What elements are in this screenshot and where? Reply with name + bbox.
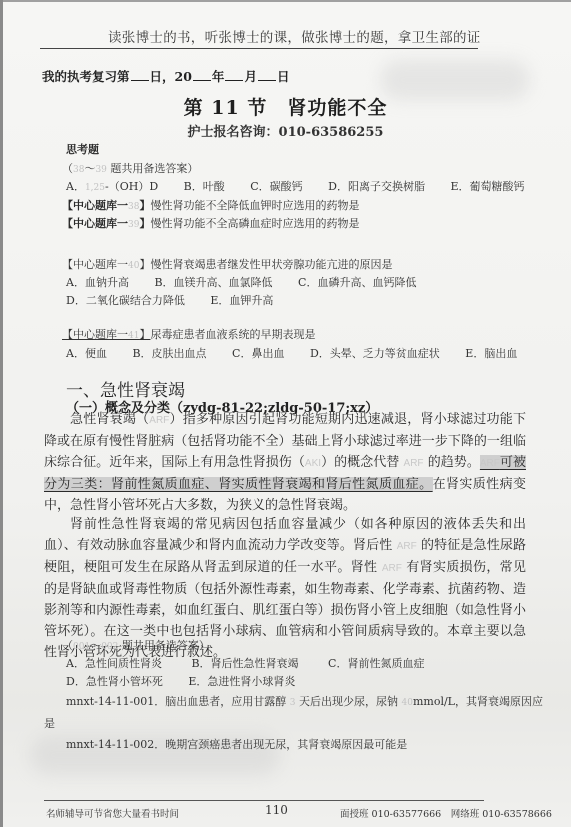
option-c: C．碳酸钙: [250, 178, 302, 194]
q41-options: A．便血 B．皮肤出血点 C．鼻出血 D．头晕、乏力等贫血症状 E．脑出血: [66, 345, 539, 361]
mnxt-question-001-wrap: 是: [44, 715, 55, 731]
month-blank[interactable]: [225, 69, 243, 81]
section-title: 第 11 节 肾功能不全: [0, 93, 571, 120]
scan-top-edge: [0, 0, 571, 2]
option-b: B．叶酸: [184, 178, 225, 194]
option-a: A．1,25-（OH）D: [66, 178, 158, 194]
footer-right: 面授班 010-63577666 网络班 010-63578666: [340, 806, 552, 820]
footer-left: 名师辅导可节省您大量看书时间: [46, 806, 179, 820]
option-d: D．阳离子交换树脂: [328, 178, 425, 194]
question-41: 【中心题库一41】尿毒症患者血液系统的早期表现是: [62, 326, 315, 342]
day-blank[interactable]: [131, 69, 149, 81]
question-39: 【中心题库一39】慢性肾功能不全高磷血症时应选用的药物是: [62, 215, 359, 231]
page-number: 110: [265, 803, 288, 817]
paragraph-definition: 急性肾衰竭（ARF）指多种原因引起肾功能短期内迅速减退，肾小球滤过功能下降或在原…: [44, 409, 526, 516]
review-tracker: 我的执考复习第日，20年月日: [42, 67, 289, 85]
shared-options-note: （38～39 题共用备选答案）: [62, 160, 198, 176]
mnxt-options-row1: A．急性间质性肾炎 B．肾后性急性肾衰竭 C．肾前性氮质血症: [66, 655, 446, 671]
option-e: E．葡萄糖酸钙: [451, 178, 525, 194]
mnxt-options-row2: D．急性肾小管坏死 E．急进性肾小球肾炎: [66, 673, 317, 689]
contact-line: 护士报名咨询：010-63586255: [0, 121, 571, 140]
option-row: A．1,25-（OH）D B．叶酸 C．碳酸钙 D．阳离子交换树脂 E．葡萄糖酸…: [66, 178, 547, 194]
q40-options-row1: A．血钠升高 B．血镁升高、血氯降低 C．血磷升高、血钙降低: [66, 274, 438, 290]
question-38: 【中心题库一38】慢性肾功能不全降低血钾时应选用的药物是: [62, 197, 359, 213]
document-page: 读张博士的书，听张博士的课，做张博士的题，拿卫生部的证 我的执考复习第日，20年…: [0, 0, 571, 827]
mnxt-question-001: mnxt-14-11-001．脑出血患者，应用甘露醇 3 天后出现少尿，尿钠 4…: [66, 693, 543, 709]
date-blank[interactable]: [258, 69, 276, 81]
mnxt-shared-note: （001～002 题共用备选答案）: [62, 637, 210, 653]
running-header: 读张博士的书，听张博士的课，做张博士的题，拿卫生部的证: [108, 26, 481, 46]
q40-options-row2: D．二氧化碳结合力降低 E．血钾升高: [66, 292, 295, 308]
question-40: 【中心题库一40】慢性肾衰竭患者继发性甲状旁腺功能亢进的原因是: [62, 256, 392, 272]
footer-rule: [44, 800, 484, 801]
year-blank[interactable]: [193, 69, 211, 81]
mnxt-question-002: mnxt-14-11-002．晚期宫颈癌患者出现无尿，其肾衰竭原因最可能是: [66, 736, 407, 752]
think-heading: 思考题: [66, 141, 99, 157]
header-rule: [40, 48, 478, 49]
